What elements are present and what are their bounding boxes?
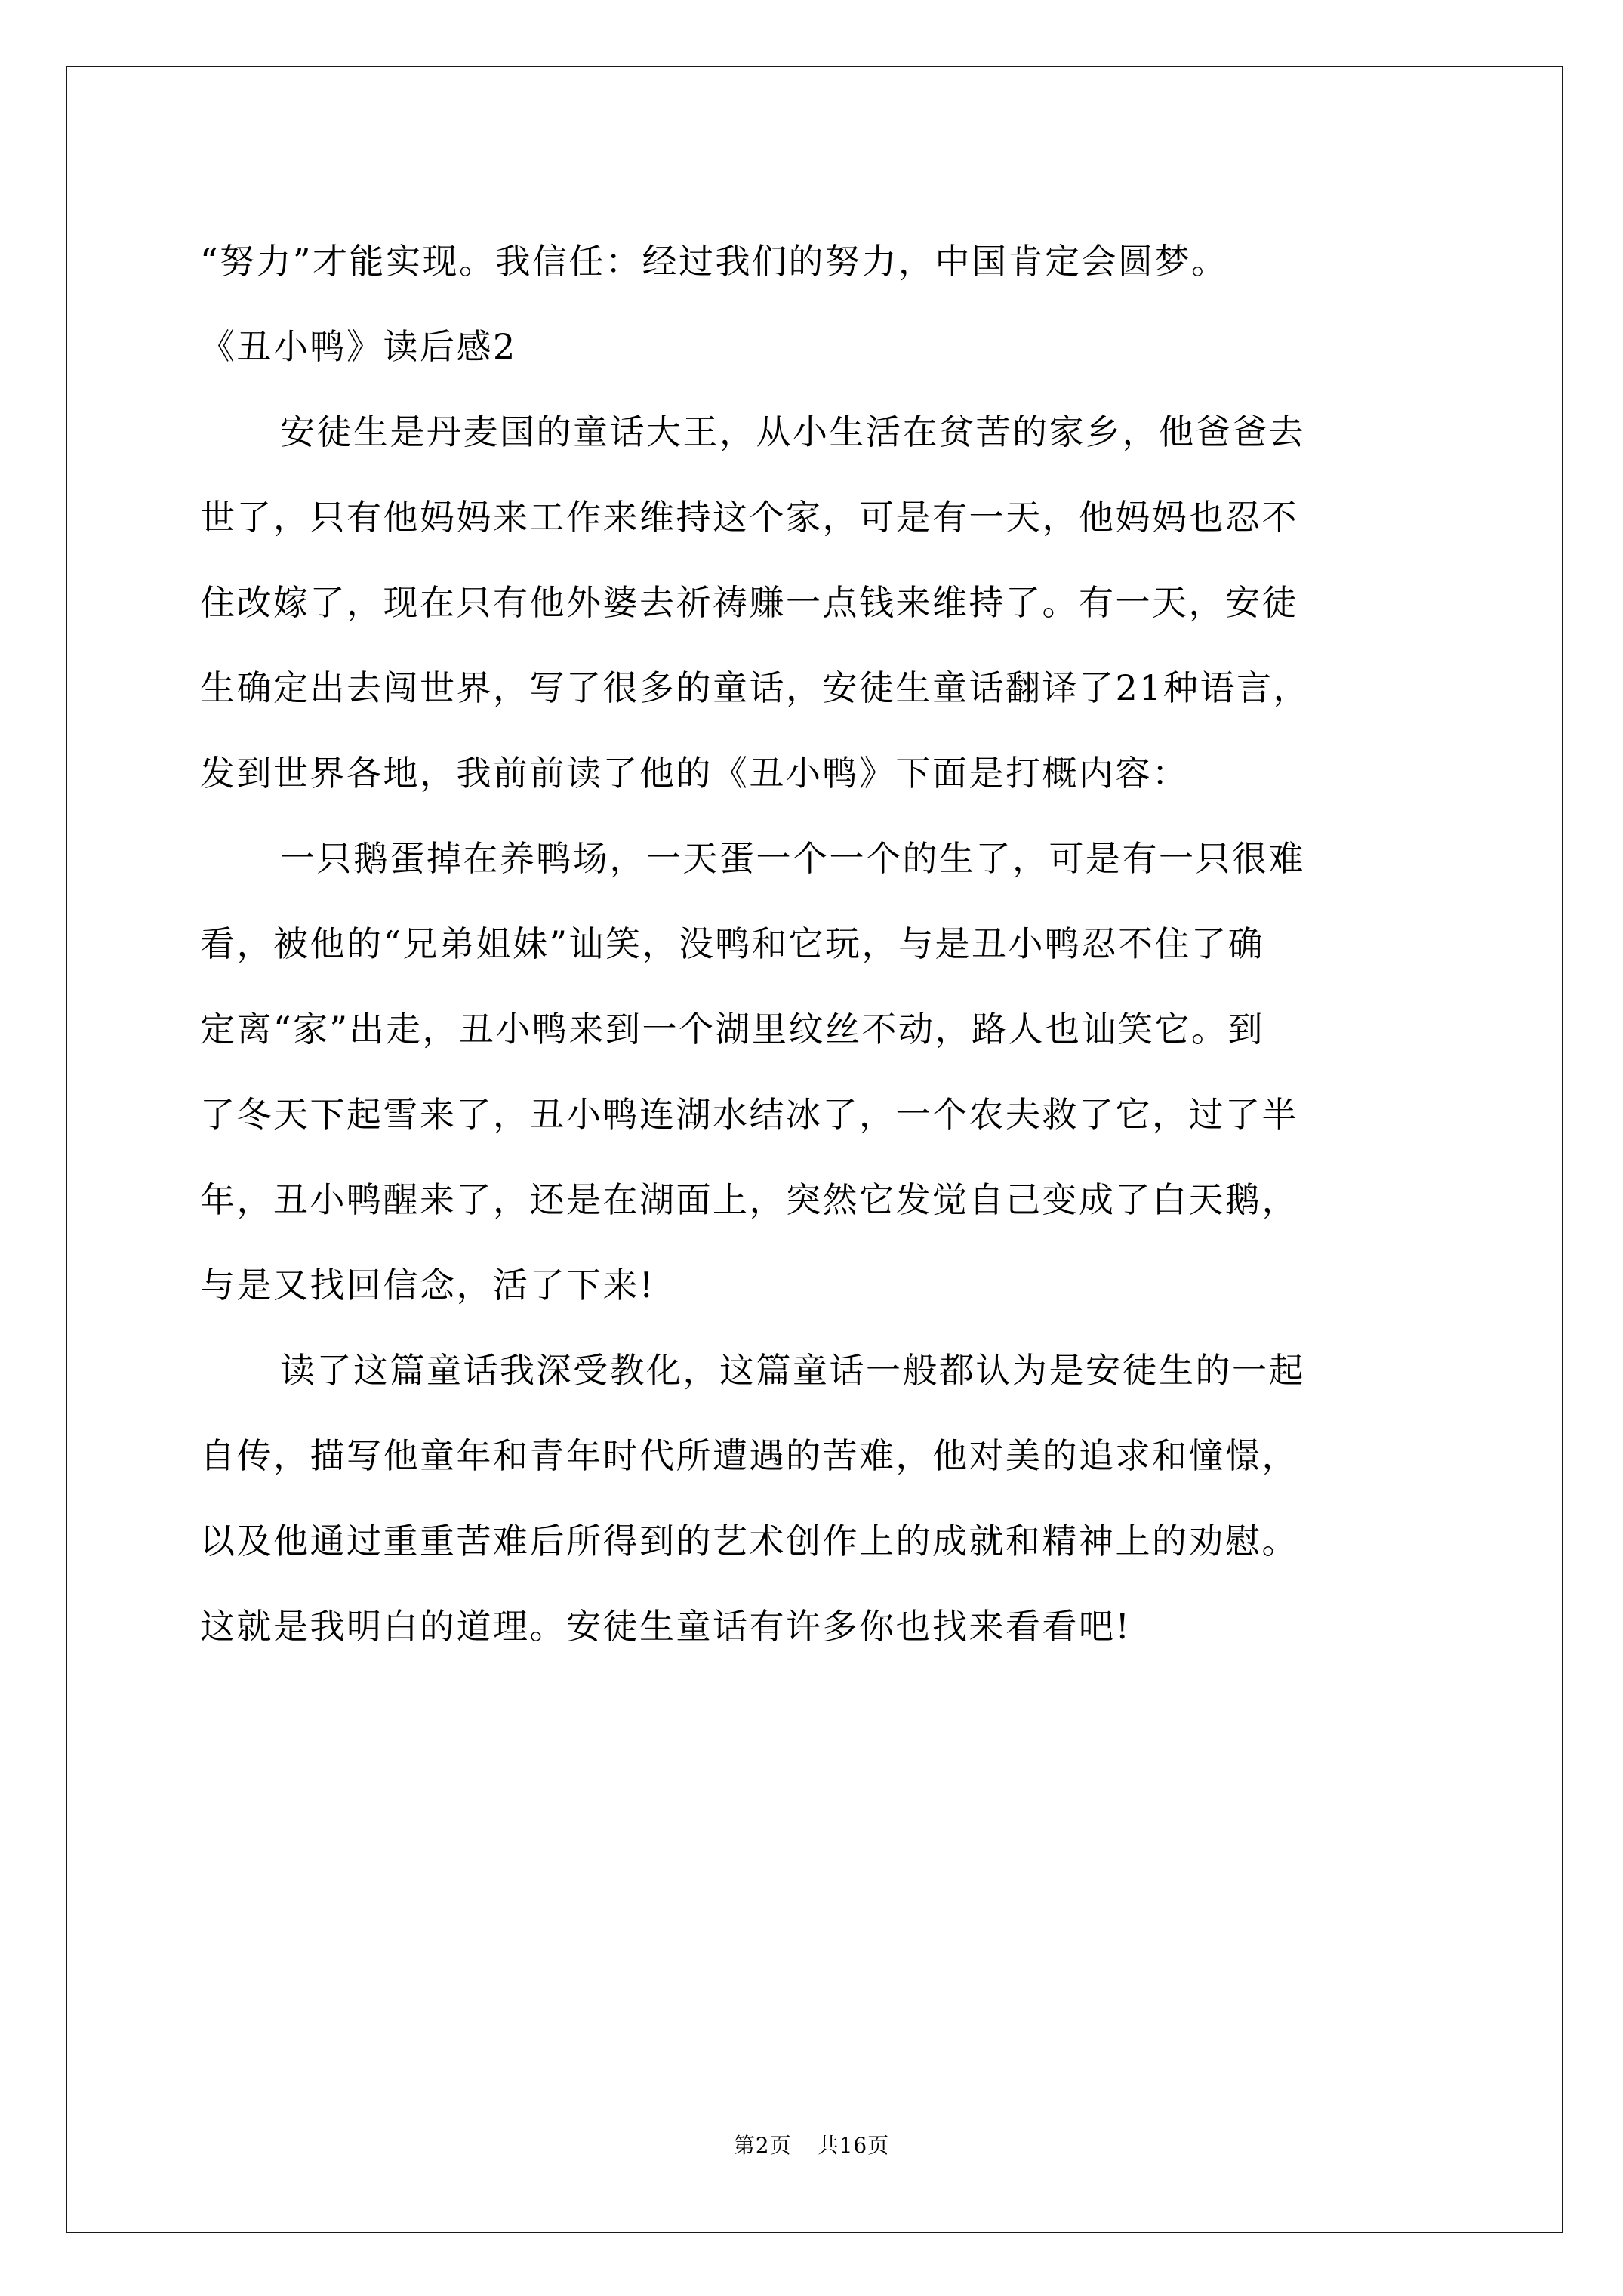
paragraph-first-line: 安徒生是丹麦国的童话大王，从小生活在贫苦的家乡，他爸爸去	[200, 390, 1446, 475]
document-body: “努力”才能实现。我信任：经过我们的努力，中国肯定会圆梦。 《丑小鸭》读后感2 …	[200, 219, 1446, 1669]
text-line: “努力”才能实现。我信任：经过我们的努力，中国肯定会圆梦。	[200, 219, 1446, 304]
paragraph-first-line: 一只鹅蛋掉在养鸭场，一天蛋一个一个的生了，可是有一只很难	[200, 816, 1446, 901]
text-line: 看，被他的“兄弟姐妹”讪笑，没鸭和它玩，与是丑小鸭忍不住了确	[200, 901, 1446, 987]
text-line: 了冬天下起雪来了，丑小鸭连湖水结冰了，一个农夫救了它，过了半	[200, 1072, 1446, 1157]
text-line: 这就是我明白的道理。安徒生童话有许多你也找来看看吧!	[200, 1584, 1446, 1669]
text-line: 发到世界各地，我前前读了他的《丑小鸭》下面是打概内容：	[200, 731, 1446, 816]
text-line: 年，丑小鸭醒来了，还是在湖面上，突然它发觉自己变成了白天鹅，	[200, 1157, 1446, 1243]
text-line: 生确定出去闯世界，写了很多的童话，安徒生童话翻译了21种语言，	[200, 646, 1446, 731]
text-line: 与是又找回信念，活了下来!	[200, 1243, 1446, 1328]
current-page-number: 第2页	[734, 2133, 792, 2158]
text-line: 世了，只有他妈妈来工作来维持这个家，可是有一天，他妈妈也忍不	[200, 475, 1446, 560]
text-line: 自传，描写他童年和青年时代所遭遇的苦难，他对美的追求和憧憬，	[200, 1413, 1446, 1499]
total-page-count: 共16页	[818, 2133, 890, 2158]
text-line: 定离“家”出走，丑小鸭来到一个湖里纹丝不动，路人也讪笑它。到	[200, 987, 1446, 1072]
page-footer: 第2页共16页	[0, 2129, 1623, 2159]
text-line: 以及他通过重重苦难后所得到的艺术创作上的成就和精神上的劝慰。	[200, 1499, 1446, 1584]
text-line: 住改嫁了，现在只有他外婆去祈祷赚一点钱来维持了。有一天，安徒	[200, 560, 1446, 646]
section-heading: 《丑小鸭》读后感2	[200, 304, 1446, 390]
paragraph-first-line: 读了这篇童话我深受教化，这篇童话一般都认为是安徒生的一起	[200, 1328, 1446, 1413]
